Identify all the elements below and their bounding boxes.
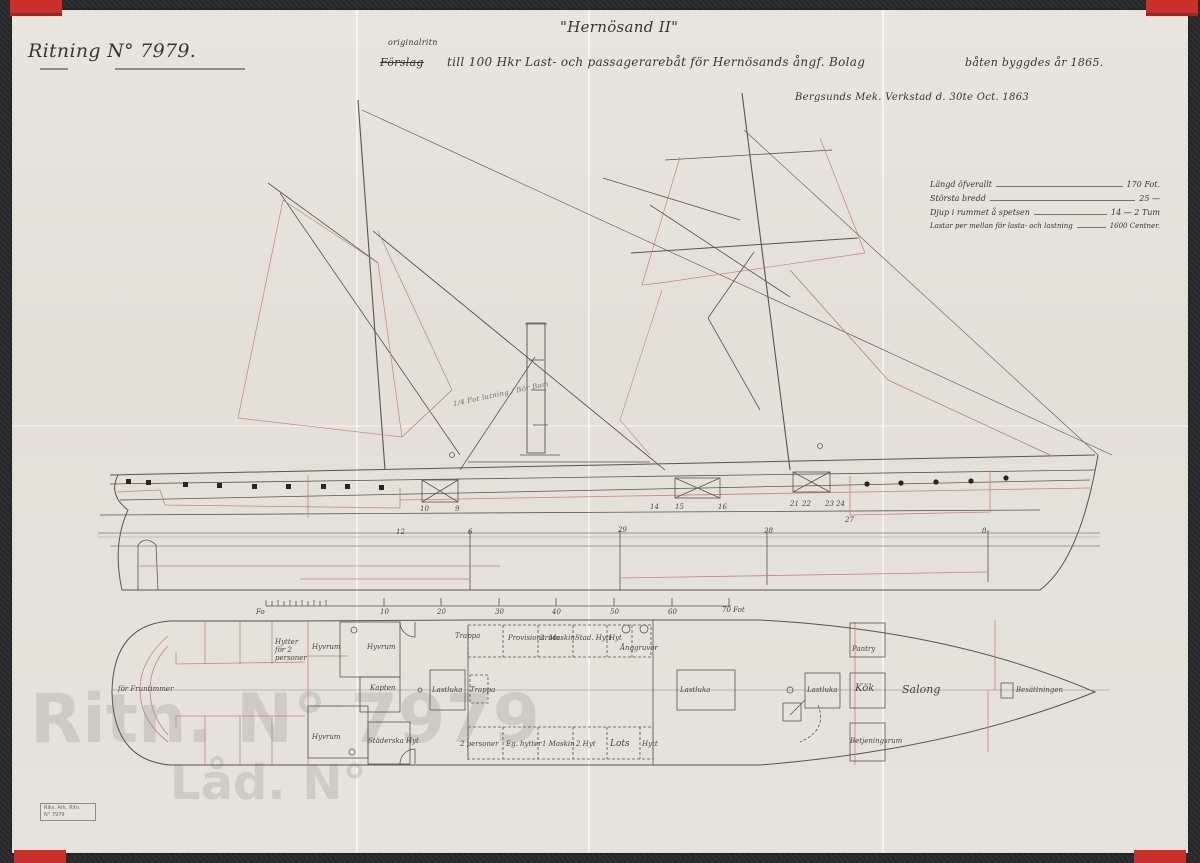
scale-tick: 20 <box>437 608 446 616</box>
room-label: Hyt <box>609 634 622 642</box>
station-number: 9 <box>455 505 459 513</box>
scale-tick: 60 <box>668 608 677 616</box>
room-label: 2 personer <box>460 740 498 748</box>
station-number: 14 <box>650 503 659 511</box>
scale-bar <box>266 598 731 606</box>
station-number: 21 <box>790 500 799 508</box>
room-label: Ånggruvor <box>620 644 658 652</box>
station-number: 6 <box>468 528 472 536</box>
hull-profile <box>98 444 1100 591</box>
scale-tick: 30 <box>495 608 504 616</box>
station-number: 12 <box>396 528 405 536</box>
room-label: Trappa <box>455 632 480 640</box>
station-number: 28 <box>764 527 773 535</box>
scale-tick: 40 <box>552 608 561 616</box>
room-label: Hyvrum <box>312 733 341 741</box>
room-label: Pantry <box>852 645 875 653</box>
station-number: 24 <box>836 500 845 508</box>
room-label: Lastluka <box>680 686 710 694</box>
room-label: Stad. Hytt <box>575 634 611 642</box>
room-label: Betjeningsrum <box>850 737 902 745</box>
scale-left-label: Fo <box>256 608 265 616</box>
room-label: Kapten <box>370 684 395 692</box>
station-number: 27 <box>845 516 854 524</box>
ship-drawing <box>0 0 1200 863</box>
room-label: 2. Maskin <box>540 634 575 642</box>
archive-stamp: Riks. Ark. Ritn. N° 7979 <box>40 803 96 821</box>
room-label: Hytter för 2 personer <box>275 638 305 662</box>
room-label: Städerska Hyt <box>368 737 419 745</box>
room-label: Lots <box>610 739 630 749</box>
room-label: Lastluka <box>432 686 462 694</box>
room-label: Trappa <box>470 686 495 694</box>
station-number: 8 <box>982 527 986 535</box>
room-label: Hyvrum <box>312 643 341 651</box>
scale-tick: 10 <box>380 608 389 616</box>
archive-stamp-line2: N° 7979 <box>44 812 92 819</box>
room-label: Salong <box>902 683 940 696</box>
station-number: 29 <box>618 526 627 534</box>
station-number: 15 <box>675 503 684 511</box>
archive-stamp-line1: Riks. Ark. Ritn. <box>44 805 92 812</box>
room-label: Eg. hytter <box>506 740 542 748</box>
room-label: Lastluka <box>807 686 837 694</box>
room-label: Hyvrum <box>367 643 396 651</box>
room-label: Hytt <box>642 740 658 748</box>
station-number: 16 <box>718 503 727 511</box>
rigging-and-sails <box>238 93 1112 470</box>
room-label: Kök <box>855 683 874 694</box>
scale-end-label: 70 Fot <box>722 606 745 614</box>
station-number: 23 <box>825 500 834 508</box>
room-label: Besättningen <box>1016 686 1063 694</box>
scale-tick: 50 <box>610 608 619 616</box>
station-number: 22 <box>802 500 811 508</box>
room-label: för Fruntimmer <box>118 685 173 693</box>
room-label: 1 Maskin <box>542 740 575 748</box>
station-number: 10 <box>420 505 429 513</box>
room-label: 2 Hyt <box>576 740 596 748</box>
